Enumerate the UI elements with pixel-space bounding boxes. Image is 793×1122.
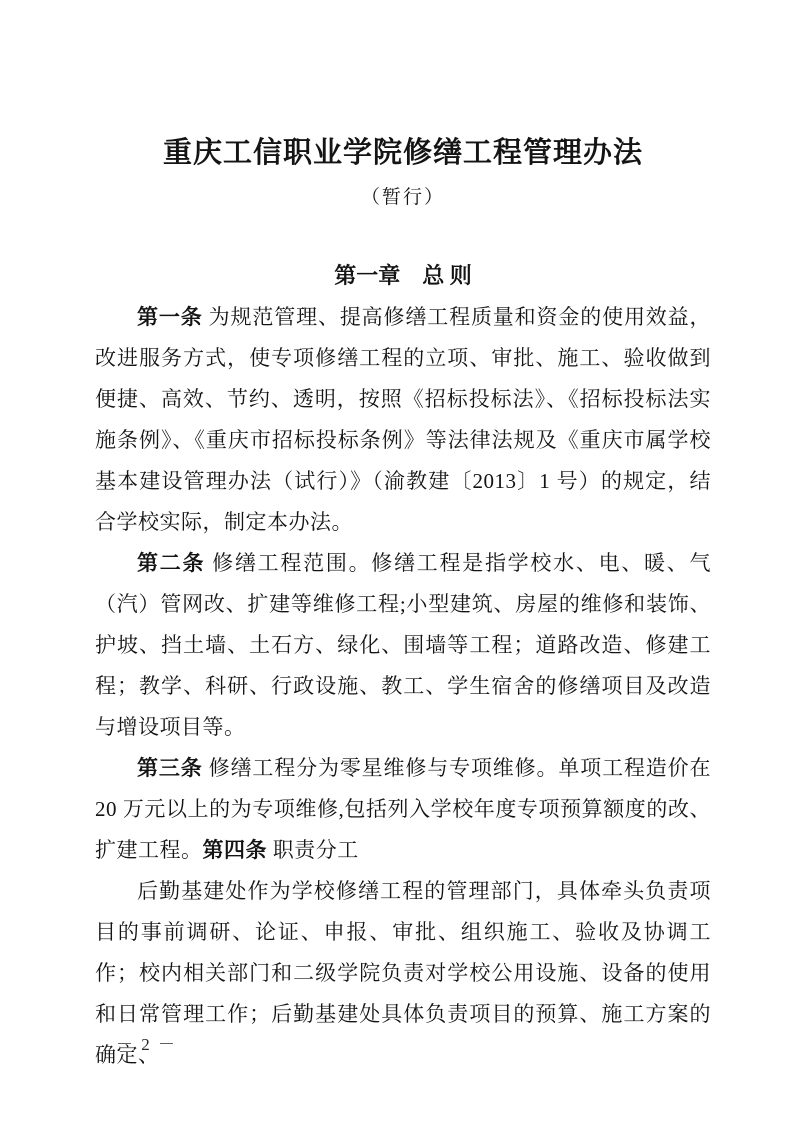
chapter-heading: 第一章 总 则 bbox=[95, 261, 711, 290]
paragraph: 后勤基建处作为学校修缮工程的管理部门，具体牵头负责项目的事前调研、论证、申报、审… bbox=[95, 871, 711, 1076]
clause-number: 第四条 bbox=[203, 838, 268, 862]
document-subtitle: （暂行） bbox=[95, 185, 711, 211]
clause-text: 为规范管理、提高修缮工程质量和资金的使用效益，改进服务方式，使专项修缮工程的立项… bbox=[95, 305, 711, 534]
clause-number: 第一条 bbox=[137, 305, 203, 329]
page-number: － 2 － bbox=[116, 1030, 177, 1055]
paragraph: 第一条 为规范管理、提高修缮工程质量和资金的使用效益，改进服务方式，使专项修缮工… bbox=[95, 297, 711, 543]
document-page: 重庆工信职业学院修缮工程管理办法 （暂行） 第一章 总 则 第一条 为规范管理、… bbox=[0, 0, 793, 1122]
paragraph: 第二条 修缮工程范围。修缮工程是指学校水、电、暖、气（汽）管网改、扩建等维修工程… bbox=[95, 543, 711, 748]
document-title: 重庆工信职业学院修缮工程管理办法 bbox=[95, 134, 711, 172]
clause-text: 后勤基建处作为学校修缮工程的管理部门，具体牵头负责项目的事前调研、论证、申报、审… bbox=[95, 879, 711, 1067]
document-content: 重庆工信职业学院修缮工程管理办法 （暂行） 第一章 总 则 第一条 为规范管理、… bbox=[95, 0, 711, 1076]
document-body: 第一条 为规范管理、提高修缮工程质量和资金的使用效益，改进服务方式，使专项修缮工… bbox=[95, 297, 711, 1076]
clause-text: 修缮工程范围。修缮工程是指学校水、电、暖、气（汽）管网改、扩建等维修工程;小型建… bbox=[95, 551, 711, 739]
paragraph: 第三条 修缮工程分为零星维修与专项维修。单项工程造价在20 万元以上的为专项维修… bbox=[95, 748, 711, 871]
clause-number: 第三条 bbox=[137, 756, 203, 780]
clause-number: 第二条 bbox=[137, 551, 205, 575]
clause-text: 职责分工 bbox=[267, 838, 359, 862]
